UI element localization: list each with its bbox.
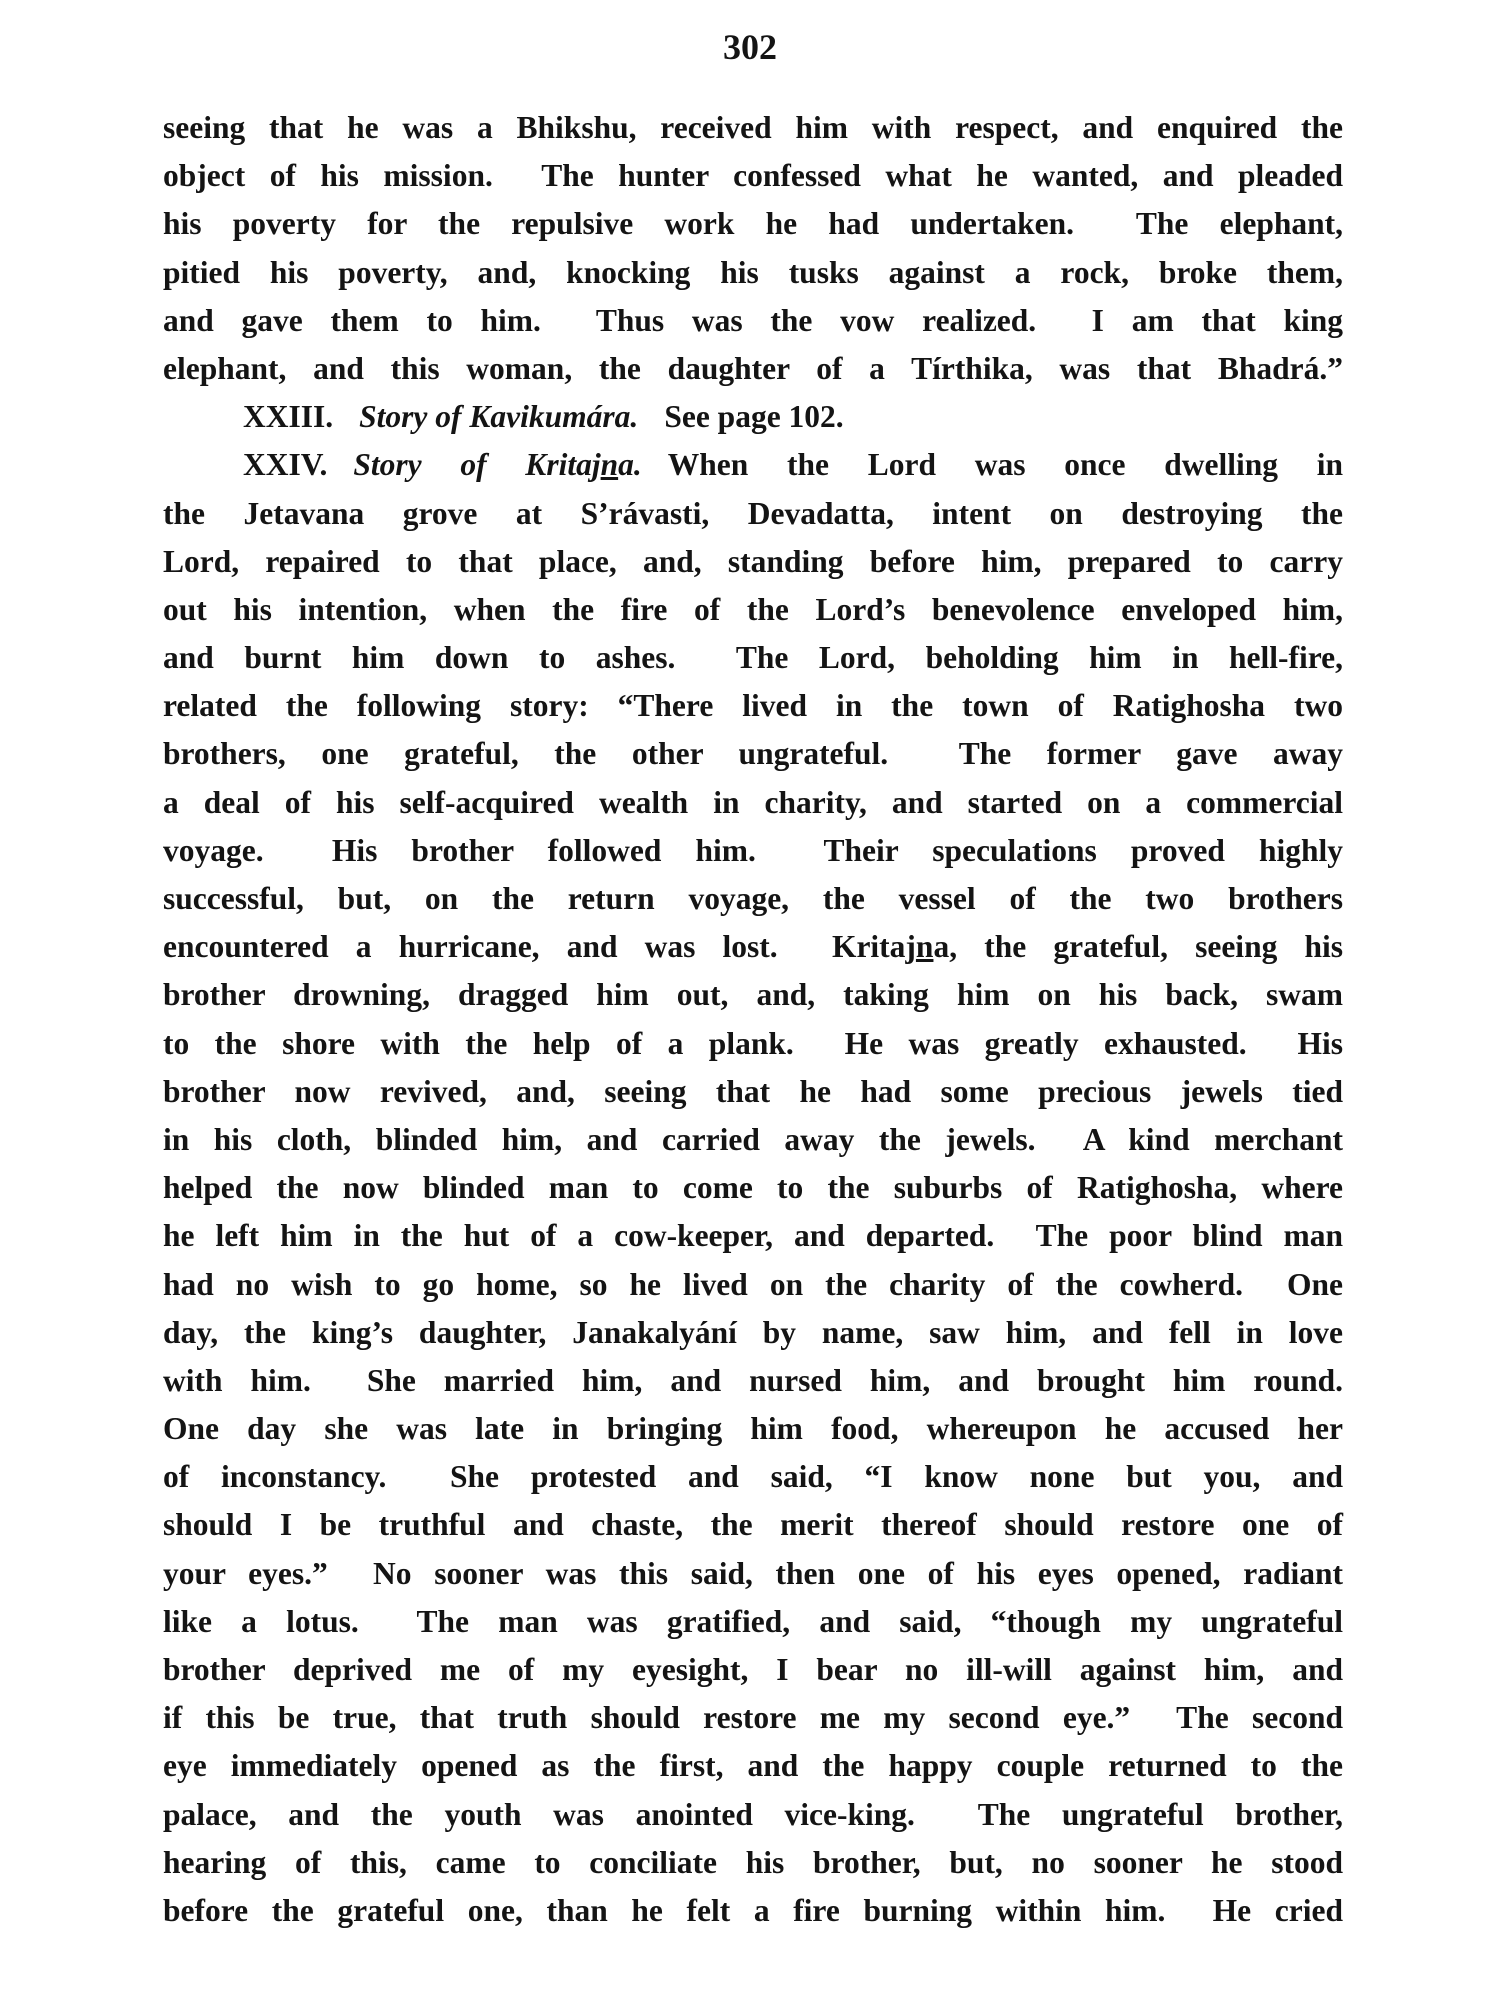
text-line: and burnt him down to ashes. The Lord, b… (163, 634, 1343, 682)
line-text: with him. She married him, and nursed hi… (163, 1363, 1343, 1398)
text-line: object of his mission. The hunter confes… (163, 152, 1343, 200)
line-text: had no wish to go home, so he lived on t… (163, 1267, 1343, 1302)
line-text: before the grateful one, than he felt a … (163, 1893, 1343, 1928)
text-line: like a lotus. The man was gratified, and… (163, 1598, 1343, 1646)
line-text: in his cloth, blinded him, and carried a… (163, 1122, 1343, 1157)
line-text: a deal of his self-acquired wealth in ch… (163, 785, 1343, 820)
text-line: voyage. His brother followed him. Their … (163, 827, 1343, 875)
line-text: his poverty for the repulsive work he ha… (163, 206, 1343, 241)
text-line: his poverty for the repulsive work he ha… (163, 200, 1343, 248)
text-line: of inconstancy. She protested and said, … (163, 1453, 1343, 1501)
line-text: object of his mission. The hunter confes… (163, 158, 1343, 193)
text-line: day, the king’s daughter, Janakalyání by… (163, 1309, 1343, 1357)
text-line: seeing that he was a Bhikshu, received h… (163, 104, 1343, 152)
title-prefix: Story of Kritaj (353, 447, 600, 482)
section-reference: See page 102. (664, 399, 843, 434)
text-line: out his intention, when the fire of the … (163, 586, 1343, 634)
line-text: elephant, and this woman, the daughter o… (163, 351, 1343, 386)
text-line: hearing of this, came to conciliate his … (163, 1839, 1343, 1887)
section-numeral: XXIII. (243, 399, 333, 434)
underlined-letter: n (916, 929, 934, 964)
section-title: Story of Kavikumára. (359, 399, 638, 434)
line-text: and gave them to him. Thus was the vow r… (163, 303, 1343, 338)
line-text: eye immediately opened as the first, and… (163, 1748, 1343, 1783)
text-line: he left him in the hut of a cow-keeper, … (163, 1212, 1343, 1260)
line-text: hearing of this, came to conciliate his … (163, 1845, 1343, 1880)
text-line: Lord, repaired to that place, and, stand… (163, 538, 1343, 586)
text-line: helped the now blinded man to come to th… (163, 1164, 1343, 1212)
text-line: brother drowning, dragged him out, and, … (163, 971, 1343, 1019)
text-line: successful, but, on the return voyage, t… (163, 875, 1343, 923)
line-text: to the shore with the help of a plank. H… (163, 1026, 1343, 1061)
text-line: if this be true, that truth should resto… (163, 1694, 1343, 1742)
page-body: seeing that he was a Bhikshu, received h… (163, 104, 1343, 1935)
line-text: encountered a hurricane, and was lost. K… (163, 929, 916, 964)
line-text: brother deprived me of my eyesight, I be… (163, 1652, 1343, 1687)
text-line: brother deprived me of my eyesight, I be… (163, 1646, 1343, 1694)
line-text: seeing that he was a Bhikshu, received h… (163, 110, 1343, 145)
text-line: before the grateful one, than he felt a … (163, 1887, 1343, 1935)
text-line: to the shore with the help of a plank. H… (163, 1020, 1343, 1068)
text-line: related the following story: “There live… (163, 682, 1343, 730)
text-line: your eyes.” No sooner was this said, the… (163, 1550, 1343, 1598)
text-line: palace, and the youth was anointed vice-… (163, 1791, 1343, 1839)
line-text: brothers, one grateful, the other ungrat… (163, 736, 1343, 771)
text-line: brother now revived, and, seeing that he… (163, 1068, 1343, 1116)
text-line: brothers, one grateful, the other ungrat… (163, 730, 1343, 778)
line-text: day, the king’s daughter, Janakalyání by… (163, 1315, 1343, 1350)
line-text: out his intention, when the fire of the … (163, 592, 1343, 627)
section-numeral: XXIV. (243, 447, 327, 482)
text-line: pitied his poverty, and, knocking his tu… (163, 249, 1343, 297)
line-text: he left him in the hut of a cow-keeper, … (163, 1218, 1343, 1253)
line-text: voyage. His brother followed him. Their … (163, 833, 1343, 868)
text-line: elephant, and this woman, the daughter o… (163, 345, 1343, 393)
section-title: Story of Kritajna. (353, 447, 641, 482)
line-text: Lord, repaired to that place, and, stand… (163, 544, 1343, 579)
text-line: encountered a hurricane, and was lost. K… (163, 923, 1343, 971)
line-text: related the following story: “There live… (163, 688, 1343, 723)
text-line: and gave them to him. Thus was the vow r… (163, 297, 1343, 345)
title-suffix: a. (618, 447, 642, 482)
text-line: with him. She married him, and nursed hi… (163, 1357, 1343, 1405)
line-text: palace, and the youth was anointed vice-… (163, 1797, 1343, 1832)
line-text: pitied his poverty, and, knocking his tu… (163, 255, 1343, 290)
text-line: had no wish to go home, so he lived on t… (163, 1261, 1343, 1309)
text-line: the Jetavana grove at S’rávasti, Devadat… (163, 490, 1343, 538)
page-number: 302 (0, 26, 1500, 68)
line-text: brother now revived, and, seeing that he… (163, 1074, 1343, 1109)
line-text: of inconstancy. She protested and said, … (163, 1459, 1343, 1494)
line-text: the Jetavana grove at S’rávasti, Devadat… (163, 496, 1343, 531)
text-line: in his cloth, blinded him, and carried a… (163, 1116, 1343, 1164)
line-text: successful, but, on the return voyage, t… (163, 881, 1343, 916)
line-text: like a lotus. The man was gratified, and… (163, 1604, 1343, 1639)
line-text: your eyes.” No sooner was this said, the… (163, 1556, 1343, 1591)
section-heading-xxiii: XXIII.Story of Kavikumára.See page 102. (163, 393, 1343, 441)
line-text: helped the now blinded man to come to th… (163, 1170, 1343, 1205)
text-line: a deal of his self-acquired wealth in ch… (163, 779, 1343, 827)
line-text: should I be truthful and chaste, the mer… (163, 1507, 1343, 1542)
line-text: One day she was late in bringing him foo… (163, 1411, 1343, 1446)
line-text: and burnt him down to ashes. The Lord, b… (163, 640, 1343, 675)
line-text: a, the grateful, seeing his (933, 929, 1343, 964)
line-text: brother drowning, dragged him out, and, … (163, 977, 1343, 1012)
text-line: One day she was late in bringing him foo… (163, 1405, 1343, 1453)
line-text: if this be true, that truth should resto… (163, 1700, 1343, 1735)
section-heading-xxiv: XXIV.Story of Kritajna.When the Lord was… (163, 441, 1343, 489)
text-line: eye immediately opened as the first, and… (163, 1742, 1343, 1790)
line-text: When the Lord was once dwelling in (668, 447, 1343, 482)
title-underlined-letter: n (601, 447, 619, 482)
text-line: should I be truthful and chaste, the mer… (163, 1501, 1343, 1549)
